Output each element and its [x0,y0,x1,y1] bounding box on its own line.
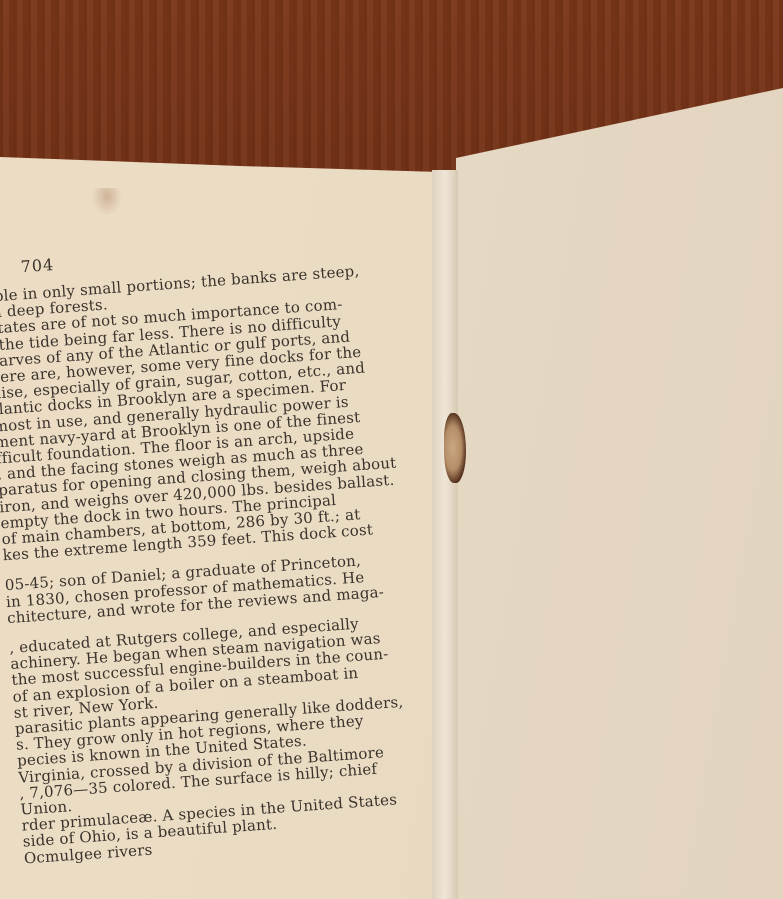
book-gutter [432,170,458,899]
page-number: 704 [20,255,55,276]
page-stain [92,188,122,216]
